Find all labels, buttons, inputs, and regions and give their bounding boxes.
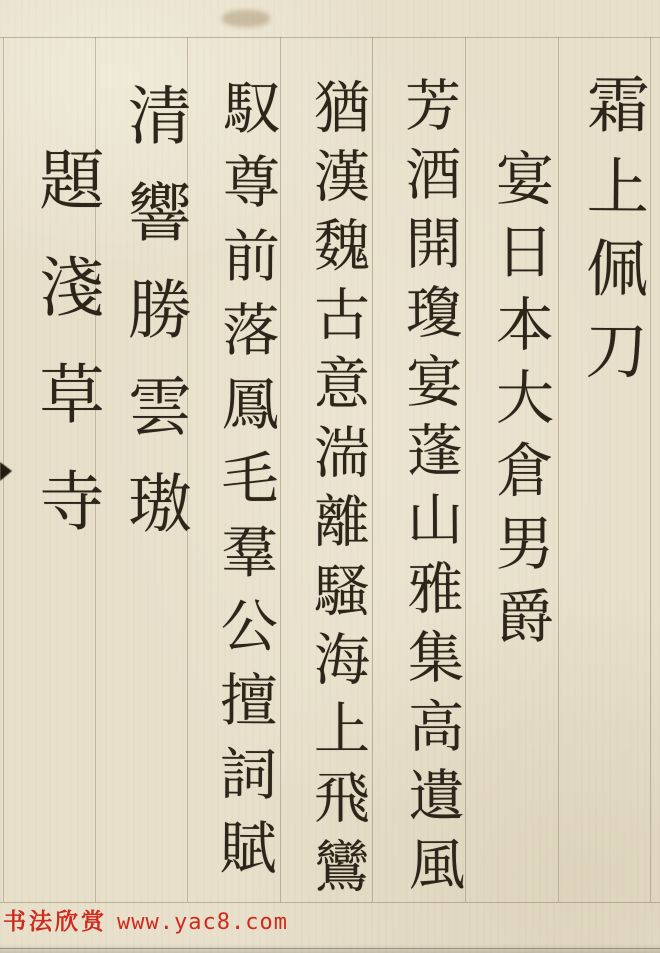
calligraphy-column-7: 題淺草寺 [18, 146, 112, 574]
manuscript-paper: 霜上佩刀 宴日本大倉男爵 芳酒開瓊宴蓬山雅集高遺風 猶漢魏古意湍離騷海上飛鸞 馭… [0, 0, 660, 953]
calligraphy-column-4: 猶漢魏古意湍離騷海上飛鸞 [297, 78, 377, 906]
calligraphy-column-2: 宴日本大倉男爵 [478, 148, 562, 659]
faint-seal-smudge [222, 10, 270, 27]
calligraphy-column-1: 霜上佩刀 [567, 72, 658, 401]
watermark-site-url: www.yac8.com [117, 910, 288, 935]
watermark-site-name: 书法欣赏 [3, 903, 107, 936]
calligraphy-column-3: 芳酒開瓊宴蓬山雅集高遺風 [388, 76, 472, 904]
site-watermark: 书法欣赏 www.yac8.com [3, 903, 288, 936]
page-edge-shadow [0, 944, 660, 953]
calligraphy-column-6: 清響勝雲璈 [108, 82, 200, 567]
top-margin-line [0, 37, 660, 38]
calligraphy-column-5: 馭尊前落鳳毛羣公擅詞賦 [202, 78, 288, 892]
cutoff-ink-fragment [0, 462, 12, 481]
